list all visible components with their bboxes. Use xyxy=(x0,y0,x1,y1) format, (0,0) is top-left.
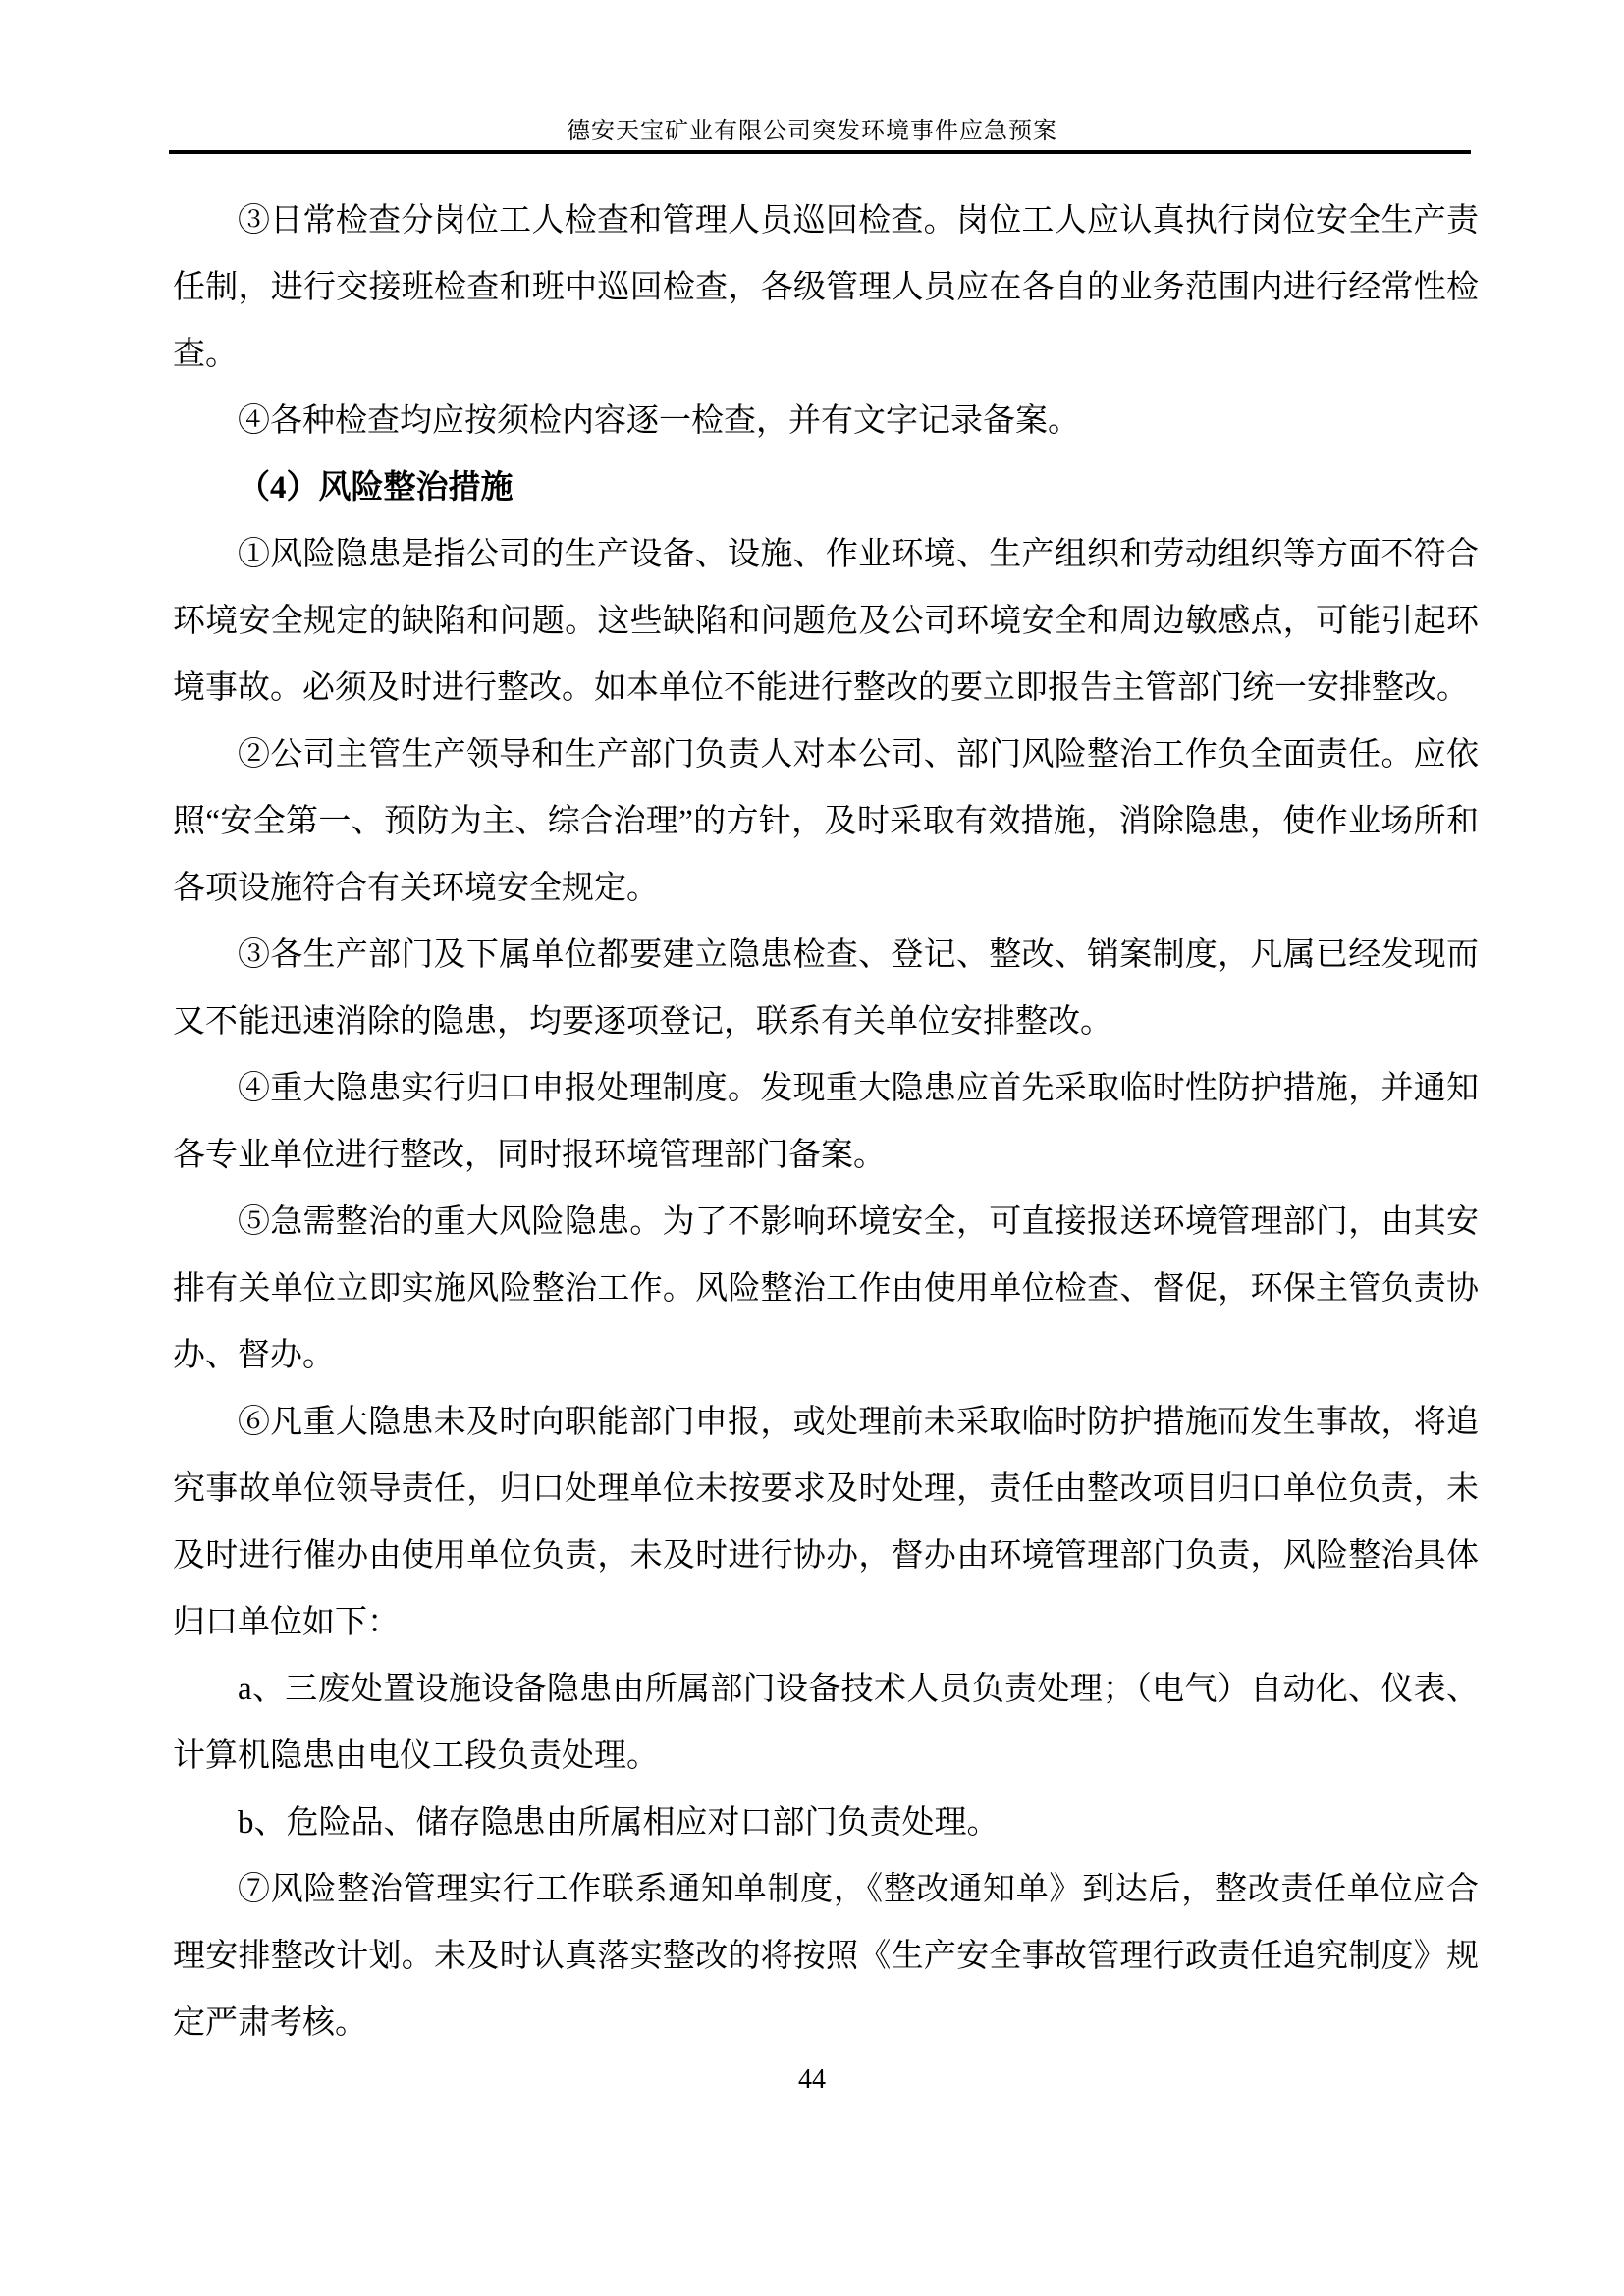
paragraph: ④重大隐患实行归口申报处理制度。发现重大隐患应首先采取临时性防护措施，并通知各专… xyxy=(173,1055,1479,1189)
header-rule-divider xyxy=(169,150,1471,154)
page-number: 44 xyxy=(0,2062,1624,2098)
paragraph: b、危险品、储存隐患由所属相应对口部门负责处理。 xyxy=(173,1789,1479,1856)
paragraph: ③各生产部门及下属单位都要建立隐患检查、登记、整改、销案制度，凡属已经发现而又不… xyxy=(173,922,1479,1055)
paragraph: ⑦风险整治管理实行工作联系通知单制度，《整改通知单》到达后，整改责任单位应合理安… xyxy=(173,1856,1479,2056)
paragraph: ③日常检查分岗位工人检查和管理人员巡回检查。岗位工人应认真执行岗位安全生产责任制… xyxy=(173,187,1479,388)
paragraph: a、三废处置设施设备隐患由所属部门设备技术人员负责处理；（电气）自动化、仪表、计… xyxy=(173,1656,1479,1789)
paragraph: ⑥凡重大隐患未及时向职能部门申报，或处理前未采取临时防护措施而发生事故，将追究事… xyxy=(173,1389,1479,1656)
document-body: ③日常检查分岗位工人检查和管理人员巡回检查。岗位工人应认真执行岗位安全生产责任制… xyxy=(173,187,1479,2056)
paragraph: ②公司主管生产领导和生产部门负责人对本公司、部门风险整治工作负全面责任。应依照“… xyxy=(173,721,1479,922)
document-page: 德安天宝矿业有限公司突发环境事件应急预案 ③日常检查分岗位工人检查和管理人员巡回… xyxy=(0,0,1624,2296)
page-header-title: 德安天宝矿业有限公司突发环境事件应急预案 xyxy=(0,116,1624,147)
paragraph: ①风险隐患是指公司的生产设备、设施、作业环境、生产组织和劳动组织等方面不符合环境… xyxy=(173,521,1479,721)
paragraph: ④各种检查均应按须检内容逐一检查，并有文字记录备案。 xyxy=(173,388,1479,454)
section-heading: （4）风险整治措施 xyxy=(173,454,1479,521)
paragraph: ⑤急需整治的重大风险隐患。为了不影响环境安全，可直接报送环境管理部门，由其安排有… xyxy=(173,1189,1479,1389)
